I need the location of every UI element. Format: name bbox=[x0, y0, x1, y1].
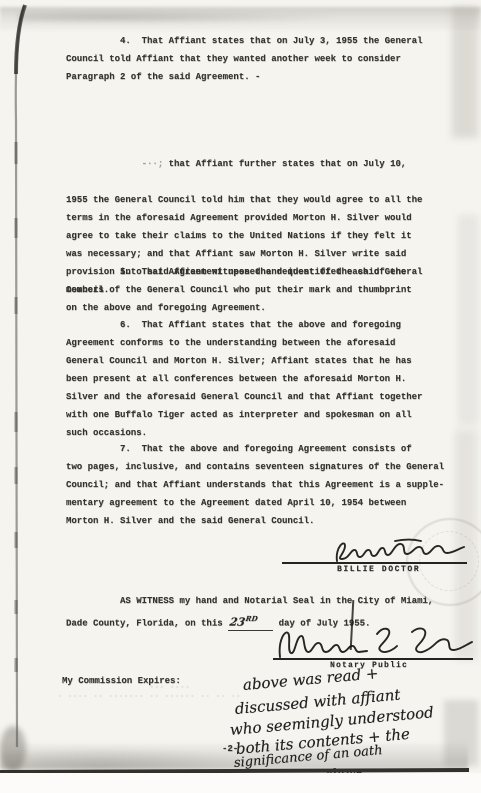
notary-signature-line bbox=[273, 658, 473, 660]
paragraph-4: 4. That Affiant states that on July 3, 1… bbox=[66, 32, 464, 86]
affiant-signature-line bbox=[282, 562, 467, 564]
scan-spine-shadow bbox=[3, 2, 33, 782]
paragraph-5: 5. That Affiant witnessed and identified… bbox=[66, 263, 464, 317]
notary-stamp-faint: ··· ···· bbox=[150, 684, 191, 691]
scan-top-smudge bbox=[0, 7, 481, 31]
witness-clause-line1: AS WITNESS my hand and Notarial Seal in … bbox=[66, 592, 464, 610]
scan-top-smudge-dark bbox=[18, 10, 338, 24]
day-blank-underline: 23RD bbox=[228, 619, 273, 631]
billie-doctor-signature bbox=[333, 537, 467, 565]
paragraph-7: 7. That the above and foregoing Agreemen… bbox=[66, 440, 464, 530]
handwritten-note-line-6: above bbox=[324, 765, 364, 783]
handwritten-day: 23RD bbox=[228, 610, 259, 632]
witness-line2-pre: Dade County, Florida, on this bbox=[66, 619, 228, 629]
notary-stamp-faint: · ···· ·· ······· ·· ······ ·· ·· ·· bbox=[58, 693, 242, 700]
scan-corner-blob bbox=[0, 726, 26, 772]
affidavit-page: 4. That Affiant states that on July 3, 1… bbox=[0, 0, 481, 793]
scan-bottom-shade-dark bbox=[0, 748, 250, 770]
further-statement-line1: that Affiant further states that on July… bbox=[163, 159, 406, 169]
page-number: -2- bbox=[222, 740, 262, 758]
scan-background-below-page bbox=[0, 773, 481, 793]
affiant-name-typed: BILLIE DOCTOR bbox=[337, 565, 420, 574]
paragraph-6: 6. That Affiant states that the above an… bbox=[66, 316, 464, 442]
scan-right-smudge bbox=[444, 700, 478, 766]
faded-lead-text: -··; bbox=[88, 159, 164, 169]
